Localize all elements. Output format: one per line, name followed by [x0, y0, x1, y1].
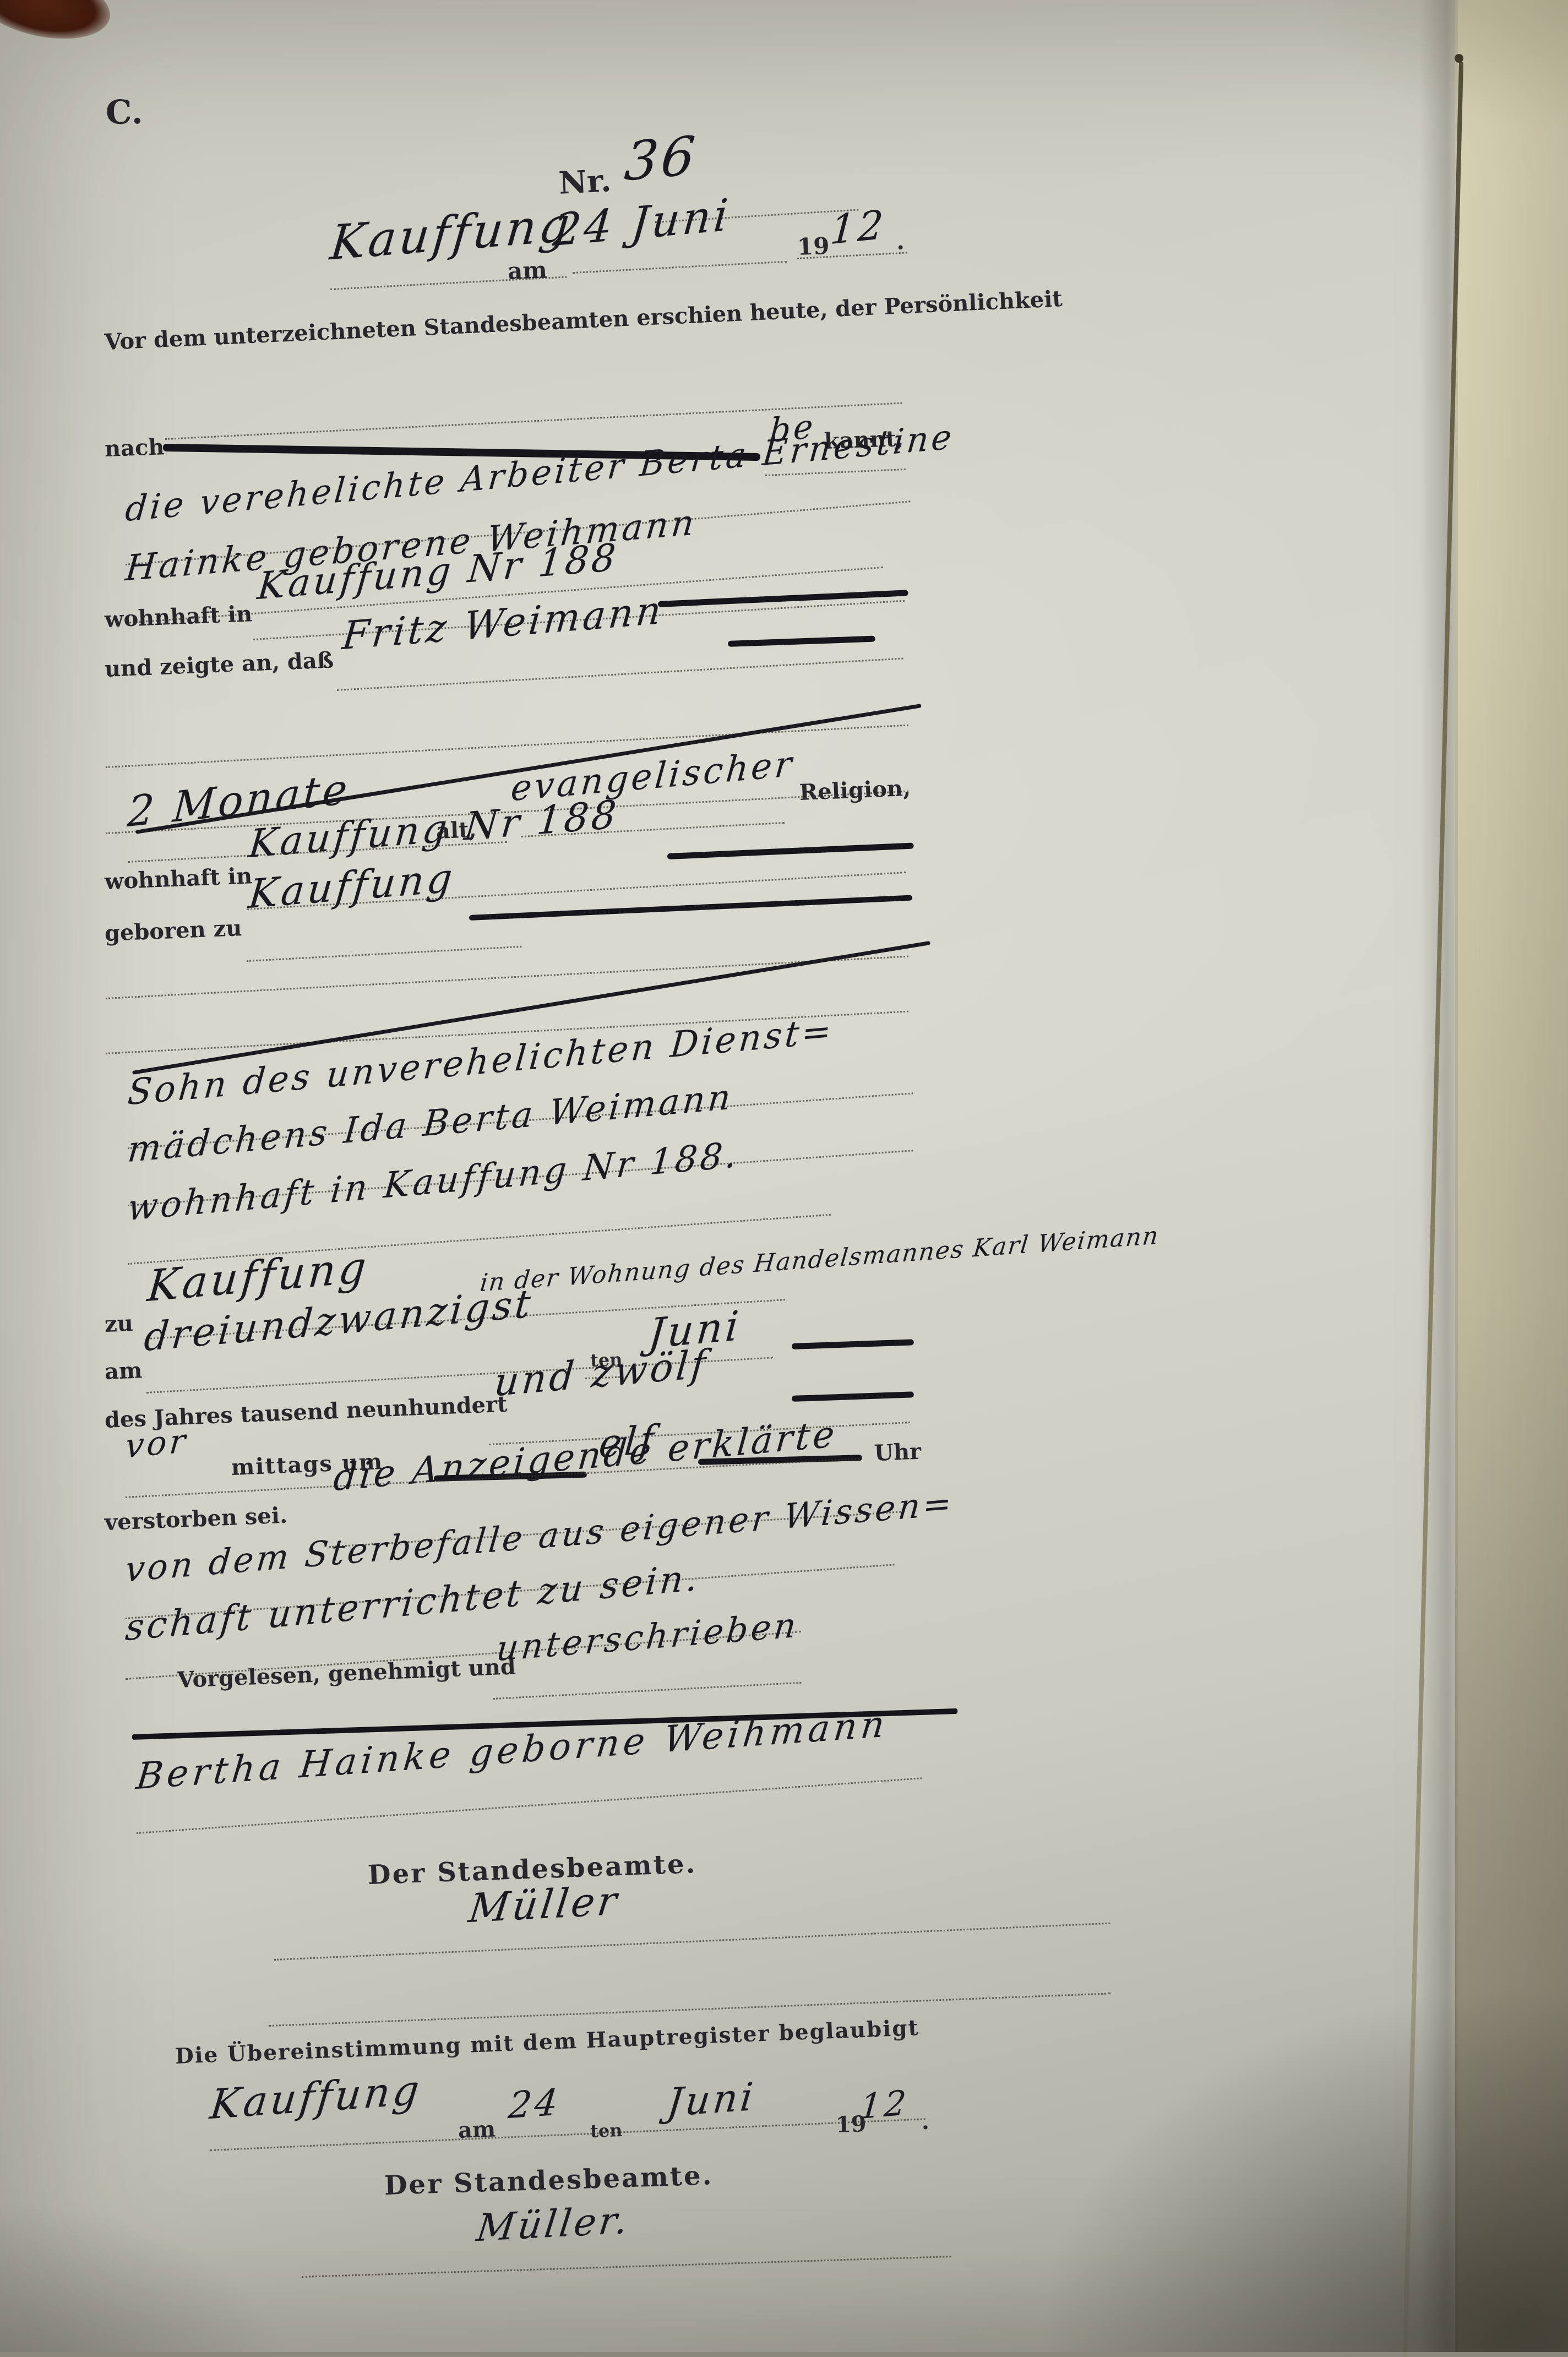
- year-handwritten: 12: [829, 201, 888, 254]
- dotted-line: [210, 2118, 925, 2151]
- binding-thread-knot: [1455, 54, 1463, 63]
- dotted-line: [573, 261, 787, 274]
- certification-line: Die Übereinstimmung mit dem Hauptregiste…: [175, 2015, 919, 2069]
- photo-vignette: [0, 0, 1568, 2352]
- record-number-label: Nr.: [558, 162, 612, 202]
- fill-dash: [792, 1339, 914, 1349]
- record-number-value: 36: [622, 124, 700, 193]
- religion-label: Religion,: [799, 775, 911, 805]
- fill-dash: [728, 636, 875, 647]
- next-page-edge: [1455, 0, 1568, 2352]
- deceased-wohnhaft-label: wohnhaft in: [104, 863, 253, 895]
- death-am-label: am: [104, 1357, 143, 1385]
- unterschrieben-handwritten: unterschrieben: [494, 1604, 800, 1669]
- declarant-wohnhaft-label: wohnhaft in: [104, 601, 253, 633]
- zeigte-label: und zeigte an, daß: [104, 647, 334, 682]
- intro-line: Vor dem unterzeichneten Standesbeamten e…: [104, 286, 1063, 355]
- corner-letter: C.: [105, 93, 143, 132]
- dotted-line: [337, 658, 903, 691]
- corner-stain: [0, 0, 117, 50]
- vor-handwritten: vor: [124, 1422, 189, 1466]
- dotted-line: [269, 1993, 1110, 2027]
- declarant-signature: Bertha Hainke geborne Weihmann: [134, 1702, 890, 1798]
- certification-place: Kauffung: [208, 2066, 424, 2129]
- date-period: .: [896, 228, 905, 255]
- vorgelesen-label: Vorgelesen, genehmigt und: [177, 1653, 516, 1693]
- zu-label: zu: [104, 1310, 134, 1337]
- declaration-line1: die Anzeigende erklärte: [332, 1413, 839, 1500]
- dotted-line: [274, 1923, 1110, 1961]
- dotted-line: [302, 2256, 951, 2278]
- deceased-name: Fritz Weimann: [340, 587, 666, 659]
- death-year-handwritten: und zwölf: [492, 1341, 710, 1406]
- certification-day: 24: [507, 2081, 563, 2127]
- registrar-label-bottom: Der Standesbeamte.: [384, 2160, 714, 2201]
- dotted-line: [493, 1682, 801, 1700]
- dotted-line: [106, 956, 908, 999]
- geboren-label: geboren zu: [104, 915, 242, 946]
- nach-label: nach: [104, 434, 165, 462]
- certification-period: .: [922, 2109, 929, 2135]
- dotted-line: [247, 946, 521, 962]
- fill-dash: [469, 895, 913, 921]
- fill-dash: [658, 590, 908, 607]
- uhr-label: Uhr: [874, 1439, 922, 1466]
- fill-dash: [792, 1391, 914, 1402]
- certification-month: Juni: [665, 2073, 758, 2125]
- fill-dash: [667, 842, 914, 859]
- registrar-signature: Müller: [466, 1877, 622, 1931]
- registrar-signature-bottom: Müller.: [474, 2198, 633, 2250]
- document-photo: C. Nr. 36 Kauffung am 24 Juni 19 12 . Vo…: [0, 0, 1568, 2352]
- certification-ten-label: ten: [590, 2120, 623, 2142]
- verstorben-label: verstorben sei.: [104, 1503, 288, 1536]
